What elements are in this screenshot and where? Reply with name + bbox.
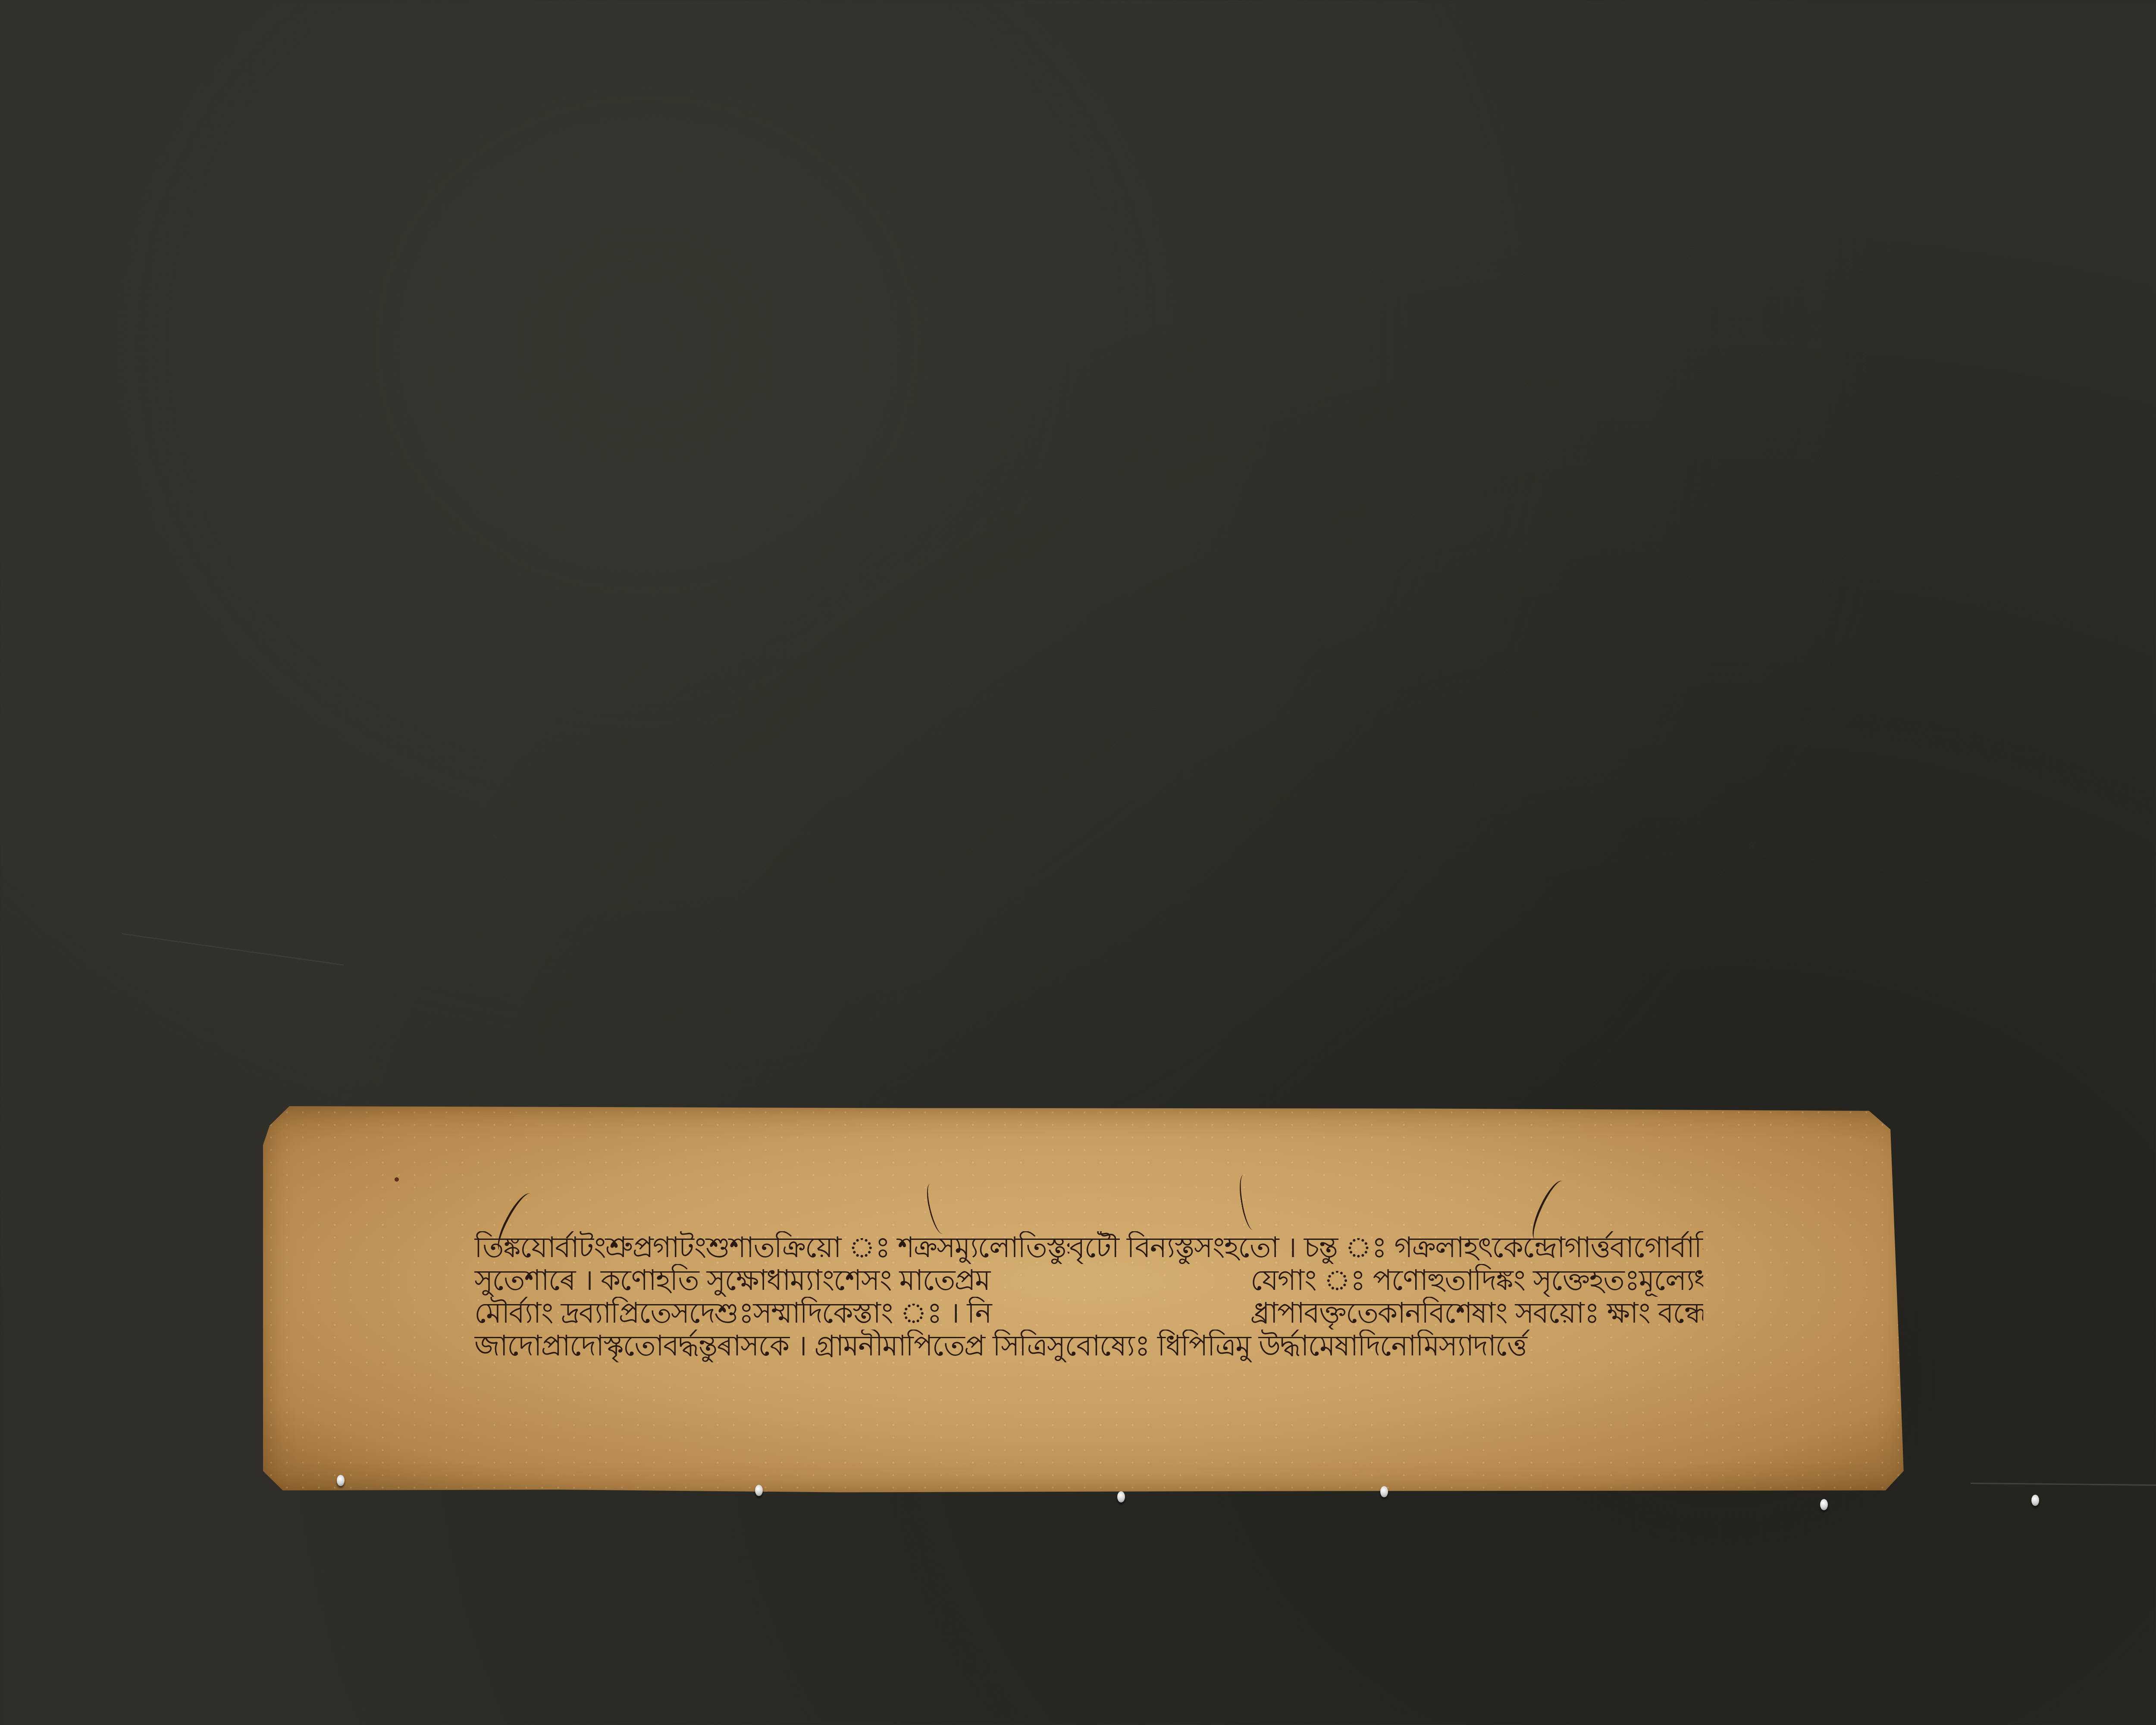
string-hole-space [1069,1264,1250,1297]
manuscript-text: তিঙ্কযোৰ্বাটংশ্রুপ্রগাটংশুশাতক্রিয়ো ঃ শ… [474,1231,1703,1362]
mounting-pin [337,1475,345,1486]
text-line-4: জাদোপ্রাদোস্কৃতোবৰ্দ্ধন্তুৰাসকে । গ্রামন… [474,1330,1703,1362]
manuscript-leaf: তিঙ্কযোৰ্বাটংশ্রুপ্রগাটংশুশাতক্রিয়ো ঃ শ… [263,1106,1910,1494]
text-line-3: মৌৰ্ব্যাং দ্রব্যাপ্রিতেসদেশুঃসম্মাদিকেস্… [474,1297,1703,1330]
mounting-pin [755,1485,763,1496]
scratch-mark [1971,1483,2156,1487]
text-line-1-left: তিঙ্কযোৰ্বাটংশ্রুপ্রগাটংশুশাতক্রিয়ো ঃ শ… [474,1231,1069,1264]
text-line-2-left: সুতেশাৰে । কণোহতি সুক্ষোধাম্যাংশেসং মাতে… [474,1264,1069,1297]
mounting-pin [1380,1486,1388,1497]
text-line-2: সুতেশাৰে । কণোহতি সুক্ষোধাম্যাংশেসং মাতে… [474,1264,1703,1297]
text-line-3-right: ধ্রাপাবক্তৃতেকানবিশেষাং সবয়োঃ ক্ষাং বন্… [1250,1297,1703,1330]
mounting-pin [2031,1495,2039,1506]
text-line-1: তিঙ্কযোৰ্বাটংশ্রুপ্রগাটংশুশাতক্রিয়ো ঃ শ… [474,1231,1703,1264]
text-line-1-right: বৃটৌ বিন্যস্তুসংহতো । চন্তু ঃ গক্রলাহৎকে… [1069,1231,1703,1264]
string-hole-space [1069,1297,1250,1330]
mounting-pin [1820,1499,1828,1510]
text-line-2-right: যেগাং ঃ পণোহুতাদিঙ্কং সৃক্তেহতঃমূল্যেধনে… [1250,1264,1703,1297]
ink-speck [395,1177,399,1182]
mounting-pin [1117,1491,1125,1502]
scratch-mark [122,933,344,966]
text-line-4-full: জাদোপ্রাদোস্কৃতোবৰ্দ্ধন্তুৰাসকে । গ্রামন… [474,1330,1703,1362]
text-line-3-left: মৌৰ্ব্যাং দ্রব্যাপ্রিতেসদেশুঃসম্মাদিকেস্… [474,1297,1069,1330]
